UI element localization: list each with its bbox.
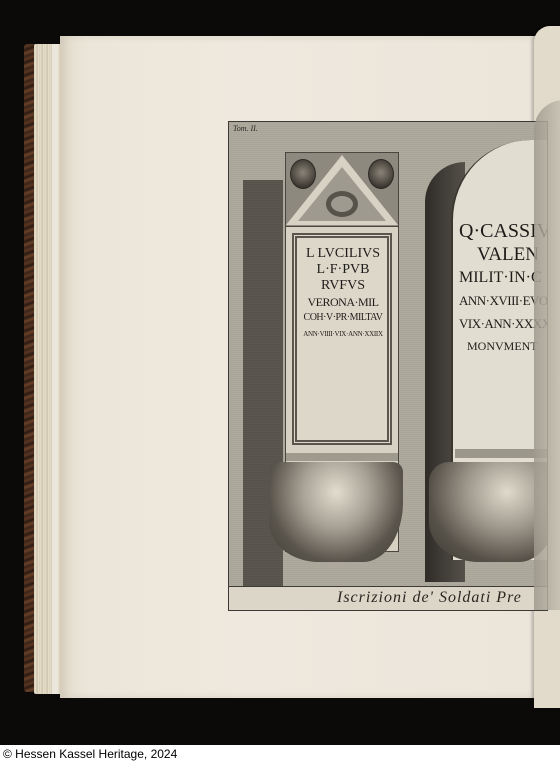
inscription-line: RVFVS [301, 278, 385, 294]
stele-band [286, 453, 398, 461]
engraving-plate: Tom. II. L LVCILIVS L·F·PVB RVFVS VERONA… [228, 121, 548, 611]
copyright-credit: © Hessen Kassel Heritage, 2024 [3, 747, 177, 761]
inscription-line: ANN·VIIII·VIX·ANN·XXIIX [301, 326, 385, 342]
caption-strip: Iscrizioni de' Soldati Pre [229, 586, 547, 610]
left-inscription: L LVCILIVS L·F·PVB RVFVS VERONA·MIL COH·… [301, 246, 385, 342]
plate-number: Tom. II. [233, 124, 258, 133]
inscription-line: L LVCILIVS [301, 246, 385, 262]
inscription-line: VERONA·MIL [301, 294, 385, 310]
inscription-line: L·F·PVB [301, 262, 385, 278]
pediment-panel [286, 153, 398, 227]
left-stele-broken-base [269, 462, 403, 562]
folded-plate-overlay [534, 100, 560, 610]
right-stele-broken-base [429, 462, 548, 562]
wreath-icon [326, 191, 358, 217]
plate-caption: Iscrizioni de' Soldati Pre [337, 589, 522, 607]
left-inscription-panel: L LVCILIVS L·F·PVB RVFVS VERONA·MIL COH·… [292, 233, 392, 445]
photo-stage: Tom. II. L LVCILIVS L·F·PVB RVFVS VERONA… [0, 0, 560, 745]
inscription-line: COH·V·PR·MILTAV [301, 310, 385, 326]
credit-bar: © Hessen Kassel Heritage, 2024 [0, 745, 560, 765]
